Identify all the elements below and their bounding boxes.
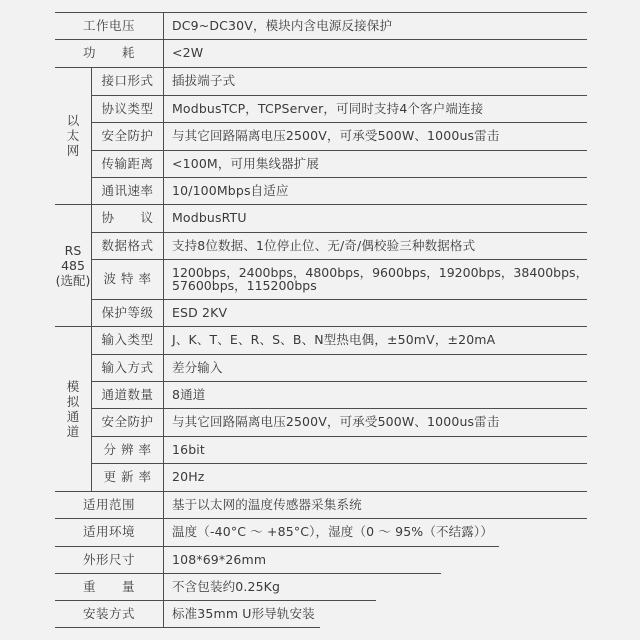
label-update-rate: 更 新 率 [92, 463, 163, 491]
value-input-type: J、K、T、E、R、S、B、N型热电偶，±50mV，±20mA [164, 326, 587, 354]
group-title-analog: 模 拟 通 道 [55, 326, 91, 491]
value-application-scope: 基于以太网的温度传感器采集系统 [164, 491, 587, 518]
rule [55, 627, 320, 628]
group-title-ethernet: 以 太 网 [55, 67, 91, 204]
value-channel-count: 8通道 [164, 381, 587, 408]
label-transmission-distance: 传输距离 [92, 150, 163, 177]
value-protocol-type: ModbusTCP，TCPServer，可同时支持4个客户端连接 [164, 95, 587, 122]
value-weight: 不含包装约0.25Kg [164, 573, 587, 600]
label-protocol-type: 协议类型 [92, 95, 163, 122]
value-power-consumption: <2W [164, 39, 587, 67]
value-interface-type: 插拔端子式 [164, 67, 587, 95]
value-dimensions: 108*69*26mm [164, 546, 587, 573]
label-analog-safety: 安全防护 [92, 408, 163, 436]
label-comm-rate: 通讯速率 [92, 177, 163, 204]
label-channel-count: 通道数量 [92, 381, 163, 408]
label-protection-level: 保护等级 [92, 299, 163, 326]
value-data-format: 支持8位数据、1位停止位、无/奇/偶校验三种数据格式 [164, 232, 587, 259]
value-transmission-distance: <100M，可用集线器扩展 [164, 150, 587, 177]
spec-table: 工作电压 DC9~DC30V，模块内含电源反接保护 功 耗 <2W 以 太 网 … [0, 0, 640, 640]
value-working-voltage: DC9~DC30V，模块内含电源反接保护 [164, 12, 587, 39]
label-working-voltage: 工作电压 [55, 12, 163, 39]
label-power-consumption: 功 耗 [55, 39, 163, 67]
value-input-mode: 差分输入 [164, 354, 587, 381]
value-environment: 温度（-40°C ～ +85°C），湿度（0 ～ 95%（不结露）） [164, 518, 587, 546]
label-input-mode: 输入方式 [92, 354, 163, 381]
label-resolution: 分 辨 率 [92, 436, 163, 463]
value-installation: 标准35mm U形导轨安装 [164, 600, 587, 627]
label-dimensions: 外形尺寸 [55, 546, 163, 573]
label-interface-type: 接口形式 [92, 67, 163, 95]
value-comm-rate: 10/100Mbps自适应 [164, 177, 587, 204]
value-protection-level: ESD 2KV [164, 299, 587, 326]
label-weight: 重 量 [55, 573, 163, 600]
label-application-scope: 适用范围 [55, 491, 163, 518]
value-baud-rate: 1200bps，2400bps，4800bps，9600bps，19200bps… [164, 259, 594, 299]
value-update-rate: 20Hz [164, 463, 587, 491]
group-title-rs485: RS 485 (选配) [50, 204, 96, 326]
label-eth-safety: 安全防护 [92, 122, 163, 150]
label-data-format: 数据格式 [92, 232, 163, 259]
label-rs485-protocol: 协 议 [92, 204, 163, 232]
value-eth-safety: 与其它回路隔离电压2500V，可承受500W、1000us雷击 [164, 122, 587, 150]
label-baud-rate: 波 特 率 [92, 259, 163, 299]
value-rs485-protocol: ModbusRTU [164, 204, 587, 232]
label-input-type: 输入类型 [92, 326, 163, 354]
value-resolution: 16bit [164, 436, 587, 463]
value-analog-safety: 与其它回路隔离电压2500V，可承受500W、1000us雷击 [164, 408, 587, 436]
label-installation: 安装方式 [55, 600, 163, 627]
label-environment: 适用环境 [55, 518, 163, 546]
